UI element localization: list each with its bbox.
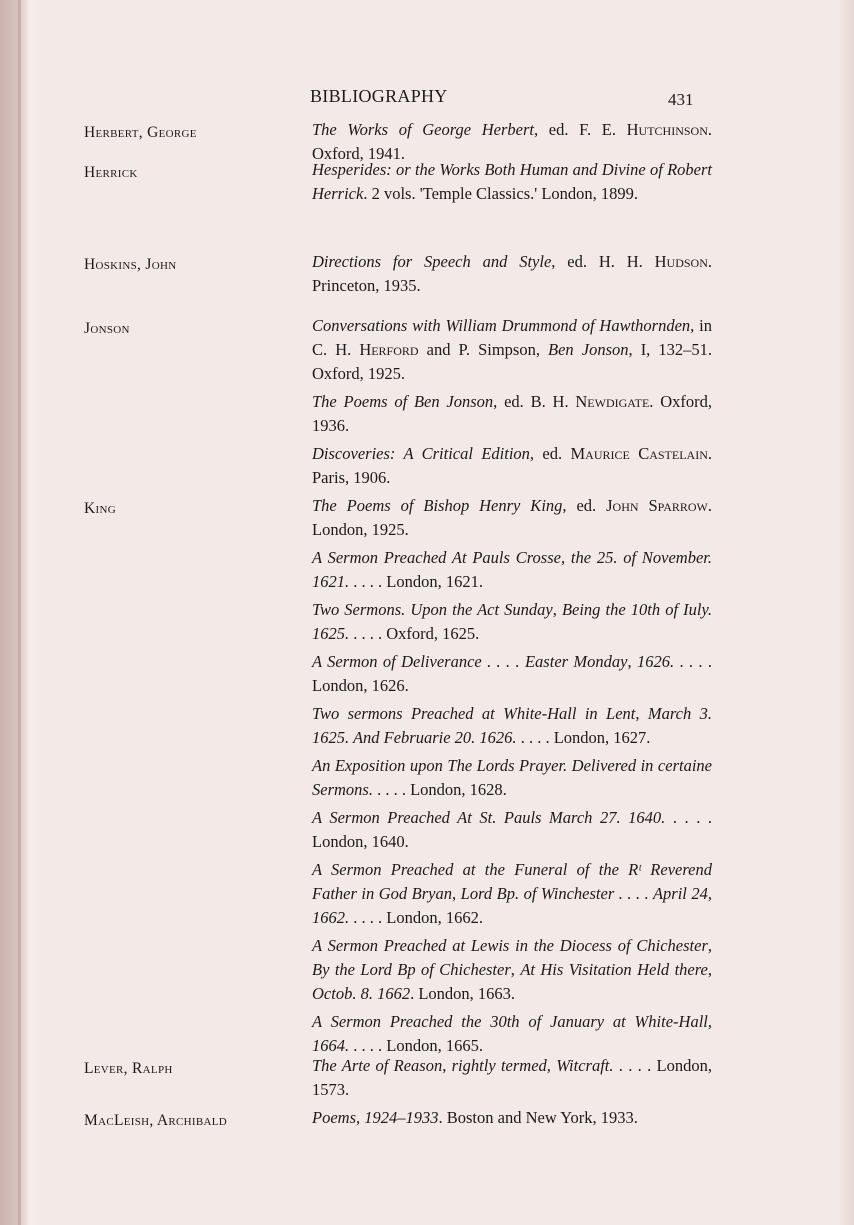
work-title: Two Sermons. Upon the Act Sunday — [312, 600, 553, 619]
work-citation: Conversations with William Drummond of H… — [312, 314, 712, 386]
works-list: Directions for Speech and Style, ed. H. … — [312, 250, 712, 302]
bibliography-page: BIBLIOGRAPHY 431 Herbert, GeorgeThe Work… — [0, 0, 854, 1225]
work-citation: A Sermon of Deliverance . . . . Easter M… — [312, 650, 712, 698]
work-details: , — [452, 884, 461, 903]
work-title: The Works of George Herbert — [312, 120, 534, 139]
works-list: The Arte of Reason, rightly termed, Witc… — [312, 1054, 712, 1106]
work-title: Witcraft. — [556, 1056, 613, 1075]
work-citation: Hesperides: or the Works Both Human and … — [312, 158, 712, 206]
author-name: Herbert, George — [84, 124, 197, 142]
work-title: At His Visitation Held there — [520, 960, 708, 979]
works-list: Conversations with William Drummond of H… — [312, 314, 712, 494]
work-citation: A Sermon Preached At St. Pauls March 27.… — [312, 806, 712, 854]
work-title: The Poems of Bishop Henry King — [312, 496, 562, 515]
work-details: . 2 vols. 'Temple Classics.' London, 189… — [363, 184, 638, 203]
work-citation: The Poems of Bishop Henry King, ed. John… — [312, 494, 712, 542]
work-details: . Boston and New York, 1933. — [439, 1108, 638, 1127]
author-name: Herrick — [84, 164, 138, 182]
work-details: , ed. — [562, 496, 606, 515]
work-title: By the Lord Bp of Chichester — [312, 960, 511, 979]
work-title: rightly termed — [452, 1056, 547, 1075]
work-citation: A Sermon Preached at the Funeral of the … — [312, 858, 712, 930]
author-name: Jonson — [84, 320, 130, 338]
work-citation: Discoveries: A Critical Edition, ed. Mau… — [312, 442, 712, 490]
author-name: King — [84, 500, 116, 518]
work-details: , — [708, 936, 712, 955]
work-title: Poems, 1924–1933 — [312, 1108, 439, 1127]
running-head: BIBLIOGRAPHY — [310, 86, 448, 107]
works-list: The Poems of Bishop Henry King, ed. John… — [312, 494, 712, 1062]
work-title: Directions for Speech and Style — [312, 252, 551, 271]
work-details: , — [511, 960, 521, 979]
work-title: The Poems of Ben Jonson — [312, 392, 493, 411]
author-name: Lever, Ralph — [84, 1060, 173, 1078]
work-citation: An Exposition upon The Lords Prayer. Del… — [312, 754, 712, 802]
works-list: Poems, 1924–1933. Boston and New York, 1… — [312, 1106, 712, 1134]
work-citation: Two Sermons. Upon the Act Sunday, Being … — [312, 598, 712, 646]
work-details: . . . . London, 1627. — [517, 728, 651, 747]
work-details: . . . . Oxford, 1625. — [349, 624, 479, 643]
author-name: MacLeish, Archibald — [84, 1112, 227, 1130]
editor-name: John Sparrow — [606, 496, 708, 515]
work-title: Two sermons Preached at White-Hall in Le… — [312, 704, 635, 723]
work-details: , — [442, 1056, 451, 1075]
work-citation: Directions for Speech and Style, ed. H. … — [312, 250, 712, 298]
work-details: . . . . London, 1665. — [349, 1036, 483, 1055]
page-number: 431 — [668, 90, 694, 110]
work-title: Discoveries: A Critical Edition — [312, 444, 530, 463]
work-citation: Poems, 1924–1933. Boston and New York, 1… — [312, 1106, 712, 1130]
work-details: , — [547, 1056, 556, 1075]
work-details: , ed. F. E. — [534, 120, 627, 139]
work-details: and P. Simpson, — [419, 340, 548, 359]
work-title: Ben Jonson — [548, 340, 628, 359]
work-details: , ed. H. H. — [551, 252, 654, 271]
work-details: . . . . London, 1621. — [349, 572, 483, 591]
work-title: A Sermon of Deliverance . . . . Easter M… — [312, 652, 627, 671]
work-citation: A Sermon Preached the 30th of January at… — [312, 1010, 712, 1058]
work-title: A Sermon Preached At St. Pauls March 27.… — [312, 808, 665, 827]
work-details: , ed. B. H. — [493, 392, 575, 411]
editor-name: Newdigate — [575, 392, 649, 411]
work-title: A Sermon Preached at Lewis in the Dioces… — [312, 936, 708, 955]
editor-name: Maurice Castelain — [570, 444, 707, 463]
work-details: . . . . London, 1628. — [373, 780, 507, 799]
author-name: Hoskins, John — [84, 256, 176, 274]
work-citation: A Sermon Preached at Lewis in the Dioces… — [312, 934, 712, 1006]
work-details: , — [708, 960, 712, 979]
work-citation: The Poems of Ben Jonson, ed. B. H. Newdi… — [312, 390, 712, 438]
editor-name: Herford — [359, 340, 418, 359]
work-details: , — [553, 600, 562, 619]
work-details: . London, 1663. — [410, 984, 515, 1003]
work-citation: Two sermons Preached at White-Hall in Le… — [312, 702, 712, 750]
work-title: The Arte of Reason — [312, 1056, 442, 1075]
work-details: , — [627, 652, 636, 671]
work-title: 1626. — [637, 652, 674, 671]
work-citation: The Arte of Reason, rightly termed, Witc… — [312, 1054, 712, 1102]
work-details: . . . . London, 1662. — [349, 908, 483, 927]
work-title: Octob. 8. 1662 — [312, 984, 410, 1003]
work-details: , — [635, 704, 648, 723]
editor-name: Hudson — [655, 252, 708, 271]
editor-name: Hutchinson — [627, 120, 708, 139]
work-citation: A Sermon Preached At Pauls Crosse, the 2… — [312, 546, 712, 594]
work-title: Conversations with William Drummond of H… — [312, 316, 690, 335]
work-details: , ed. — [530, 444, 571, 463]
works-list: Hesperides: or the Works Both Human and … — [312, 158, 712, 210]
